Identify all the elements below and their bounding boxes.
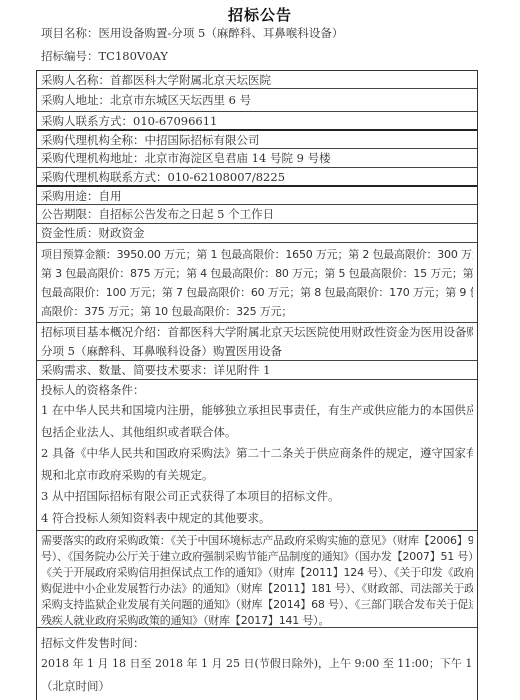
- purchaser-contact: 采购人联系方式：010-67096611: [41, 112, 473, 129]
- qualification-line: 包括企业法人、其他组织或者联合体。: [41, 422, 473, 444]
- budget-line: 包最高限价：100 万元；第 7 包最高限价：60 万元；第 8 包最高限价：1…: [41, 283, 473, 302]
- budget-line: 高限价：375 万元；第 10 包最高限价：325 万元；: [41, 302, 473, 321]
- purchaser-address-row: 采购人地址：北京市东城区天坛西里 6 号: [37, 89, 477, 112]
- overview-line: 招标项目基本概况介绍：首都医科大学附属北京天坛医院使用财政性资金为医用设备购置-: [41, 323, 473, 342]
- tender-number: 招标编号：TC180V0AY: [41, 48, 168, 64]
- requirements: 采购需求、数量、简要技术要求：详见附件 1: [41, 361, 473, 379]
- agency-contact: 采购代理机构联系方式：010-62108007/8225: [41, 168, 473, 185]
- policy-row: 需要落实的政府采购政策：《关于中国环境标志产品政府采购实施的意见》（财库【200…: [37, 531, 477, 628]
- fund-nature: 资金性质：财政资金: [41, 224, 473, 242]
- agency-name: 采购代理机构全称：中招国际招标有限公司: [41, 131, 473, 148]
- notice-period-row: 公告期限：自招标公告发布之日起 5 个工作日: [37, 205, 477, 224]
- policy-line: 残疾人就业政府采购政策的通知》（财库【2017】141 号）。: [41, 611, 473, 627]
- sale-time-line: 2018 年 1 月 18 日至 2018 年 1 月 25 日(节假日除外)，…: [41, 653, 473, 675]
- purchaser-address: 采购人地址：北京市东城区天坛西里 6 号: [41, 91, 473, 110]
- sale-time-line: （北京时间）: [41, 675, 473, 697]
- budget-line: 项目预算金额：3950.00 万元；第 1 包最高限价：1650 万元；第 2 …: [41, 245, 473, 264]
- purpose-row: 采购用途：自用: [37, 187, 477, 205]
- qualification-row: 投标人的资格条件： 1 在中华人民共和国境内注册，能够独立承担民事责任，有生产或…: [37, 380, 477, 531]
- purchaser-name: 采购人名称：首都医科大学附属北京天坛医院: [41, 71, 473, 88]
- qualification-heading: 投标人的资格条件：: [41, 381, 473, 400]
- policy-line: 《关于开展政府采购信用担保试点工作的通知》（财库【2011】124 号）、《关于…: [41, 563, 473, 579]
- policy-line: 采购支持监狱企业发展有关问题的通知》（财库【2014】68 号）、《三部门联合发…: [41, 595, 473, 611]
- qualification-line: 2 具备《中华人民共和国政府采购法》第二十二条关于供应商条件的规定，遵守国家有关…: [41, 443, 473, 465]
- overview-line: 分项 5（麻醉科、耳鼻喉科设备）购置医用设备: [41, 342, 473, 361]
- budget-line: 第 3 包最高限价：875 万元；第 4 包最高限价：80 万元；第 5 包最高…: [41, 264, 473, 283]
- policy-line: 购促进中小企业发展暂行办法》的通知》（财库【2011】181 号）、《财政部、司…: [41, 579, 473, 595]
- policy-line: 需要落实的政府采购政策：《关于中国环境标志产品政府采购实施的意见》（财库【200…: [41, 531, 473, 547]
- fund-nature-row: 资金性质：财政资金: [37, 224, 477, 243]
- budget-row: 项目预算金额：3950.00 万元；第 1 包最高限价：1650 万元；第 2 …: [37, 243, 477, 323]
- requirements-row: 采购需求、数量、简要技术要求：详见附件 1: [37, 361, 477, 380]
- document-title: 招标公告: [0, 4, 520, 25]
- qualification-line: 4 符合投标人须知资料表中规定的其他要求。: [41, 508, 473, 530]
- agency-contact-row: 采购代理机构联系方式：010-62108007/8225: [37, 168, 477, 187]
- announcement-table: 采购人名称：首都医科大学附属北京天坛医院 采购人地址：北京市东城区天坛西里 6 …: [36, 70, 478, 700]
- overview-row: 招标项目基本概况介绍：首都医科大学附属北京天坛医院使用财政性资金为医用设备购置-…: [37, 323, 477, 361]
- qualification-line: 1 在中华人民共和国境内注册，能够独立承担民事责任，有生产或供应能力的本国供应商…: [41, 400, 473, 422]
- sale-time-row: 招标文件发售时间： 2018 年 1 月 18 日至 2018 年 1 月 25…: [37, 628, 477, 700]
- purpose: 采购用途：自用: [41, 187, 473, 204]
- project-name: 项目名称：医用设备购置-分项 5（麻醉科、耳鼻喉科设备）: [41, 25, 343, 41]
- policy-line: 号）、《国务院办公厅关于建立政府强制采购节能产品制度的通知》（国办发【2007】…: [41, 547, 473, 563]
- purchaser-name-row: 采购人名称：首都医科大学附属北京天坛医院: [37, 71, 477, 89]
- notice-period: 公告期限：自招标公告发布之日起 5 个工作日: [41, 205, 473, 223]
- qualification-line: 规和北京市政府采购的有关规定。: [41, 465, 473, 487]
- agency-address: 采购代理机构地址：北京市海淀区皂君庙 14 号院 9 号楼: [41, 149, 473, 167]
- agency-address-row: 采购代理机构地址：北京市海淀区皂君庙 14 号院 9 号楼: [37, 149, 477, 168]
- sale-time-heading: 招标文件发售时间：: [41, 634, 473, 653]
- qualification-line: 3 从中招国际招标有限公司正式获得了本项目的招标文件。: [41, 486, 473, 508]
- agency-name-row: 采购代理机构全称：中招国际招标有限公司: [37, 131, 477, 149]
- purchaser-contact-row: 采购人联系方式：010-67096611: [37, 112, 477, 131]
